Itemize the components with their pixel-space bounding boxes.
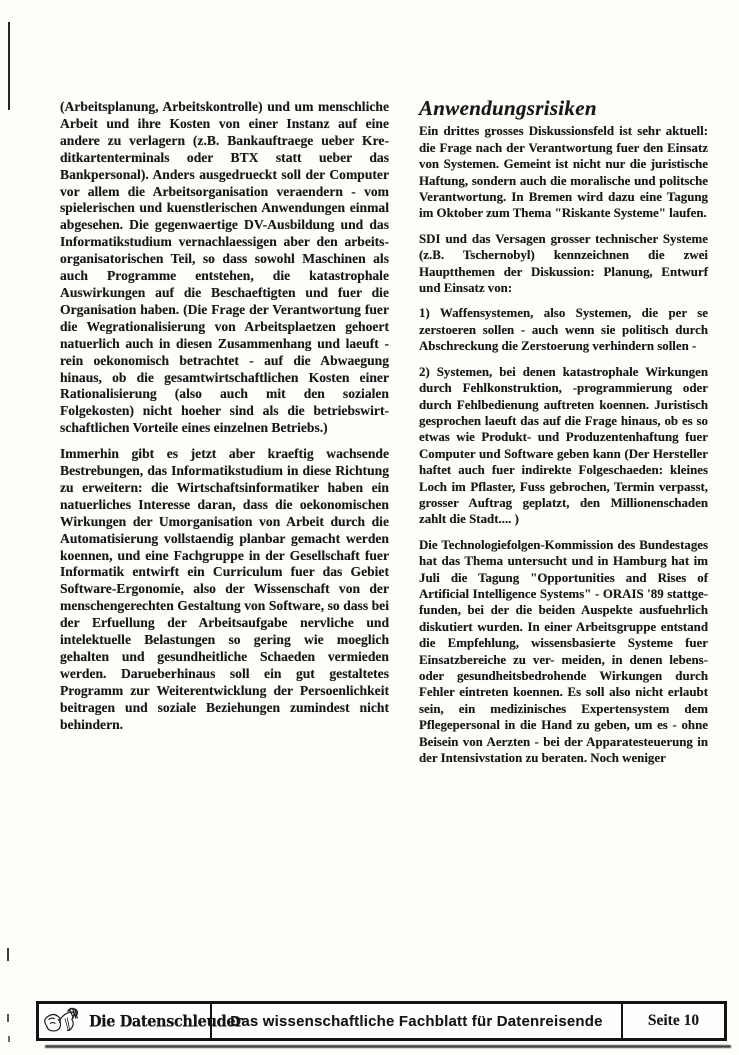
tagline-text: Das wissenschaftliche Fachblatt für Date…	[230, 1013, 602, 1030]
body-paragraph: Immerhin gibt es jetzt aber kraeftig wac…	[60, 446, 389, 733]
footer-tagline-cell: Das wissenschaftliche Fachblatt für Date…	[212, 1004, 623, 1038]
body-paragraph: (Arbeitsplanung, Arbeitskon­trolle) und …	[60, 99, 389, 437]
scan-artifact-dash	[7, 948, 9, 961]
datenschleuder-slingshot-icon	[42, 1006, 88, 1036]
footer-shadow-line	[45, 1045, 731, 1048]
footer-brand-cell: Die Datenschleuder	[39, 1004, 212, 1038]
scanned-magazine-page: (Arbeitsplanung, Arbeitskon­trolle) und …	[0, 0, 739, 1055]
scan-artifact-dash	[8, 1036, 10, 1042]
scan-artifact-dash	[7, 1014, 9, 1022]
page-number: Seite 10	[648, 1012, 699, 1030]
body-paragraph: SDI und das Versagen grosser technischer…	[419, 231, 708, 297]
footer-page-cell: Seite 10	[623, 1004, 724, 1038]
scan-artifact-line	[8, 22, 10, 110]
body-paragraph: 2) Systemen, bei denen katastrophale Wir…	[419, 364, 708, 528]
left-text-column: (Arbeitsplanung, Arbeitskon­trolle) und …	[60, 99, 389, 743]
section-heading: Anwendungsrisiken	[419, 100, 708, 116]
body-paragraph: Ein drittes grosses Diskussionsfeld ist …	[419, 123, 708, 221]
brand-name: Die Datenschleuder	[89, 1012, 242, 1030]
footer-bar: Die Datenschleuder Das wissenschaftliche…	[36, 1001, 727, 1041]
right-text-column: Anwendungsrisiken Ein drittes grosses Di…	[419, 100, 708, 775]
body-paragraph: 1) Waffensystemen, also Systemen, die pe…	[419, 305, 708, 354]
body-paragraph: Die Technologiefolgen-Kommission des Bun…	[419, 537, 708, 767]
